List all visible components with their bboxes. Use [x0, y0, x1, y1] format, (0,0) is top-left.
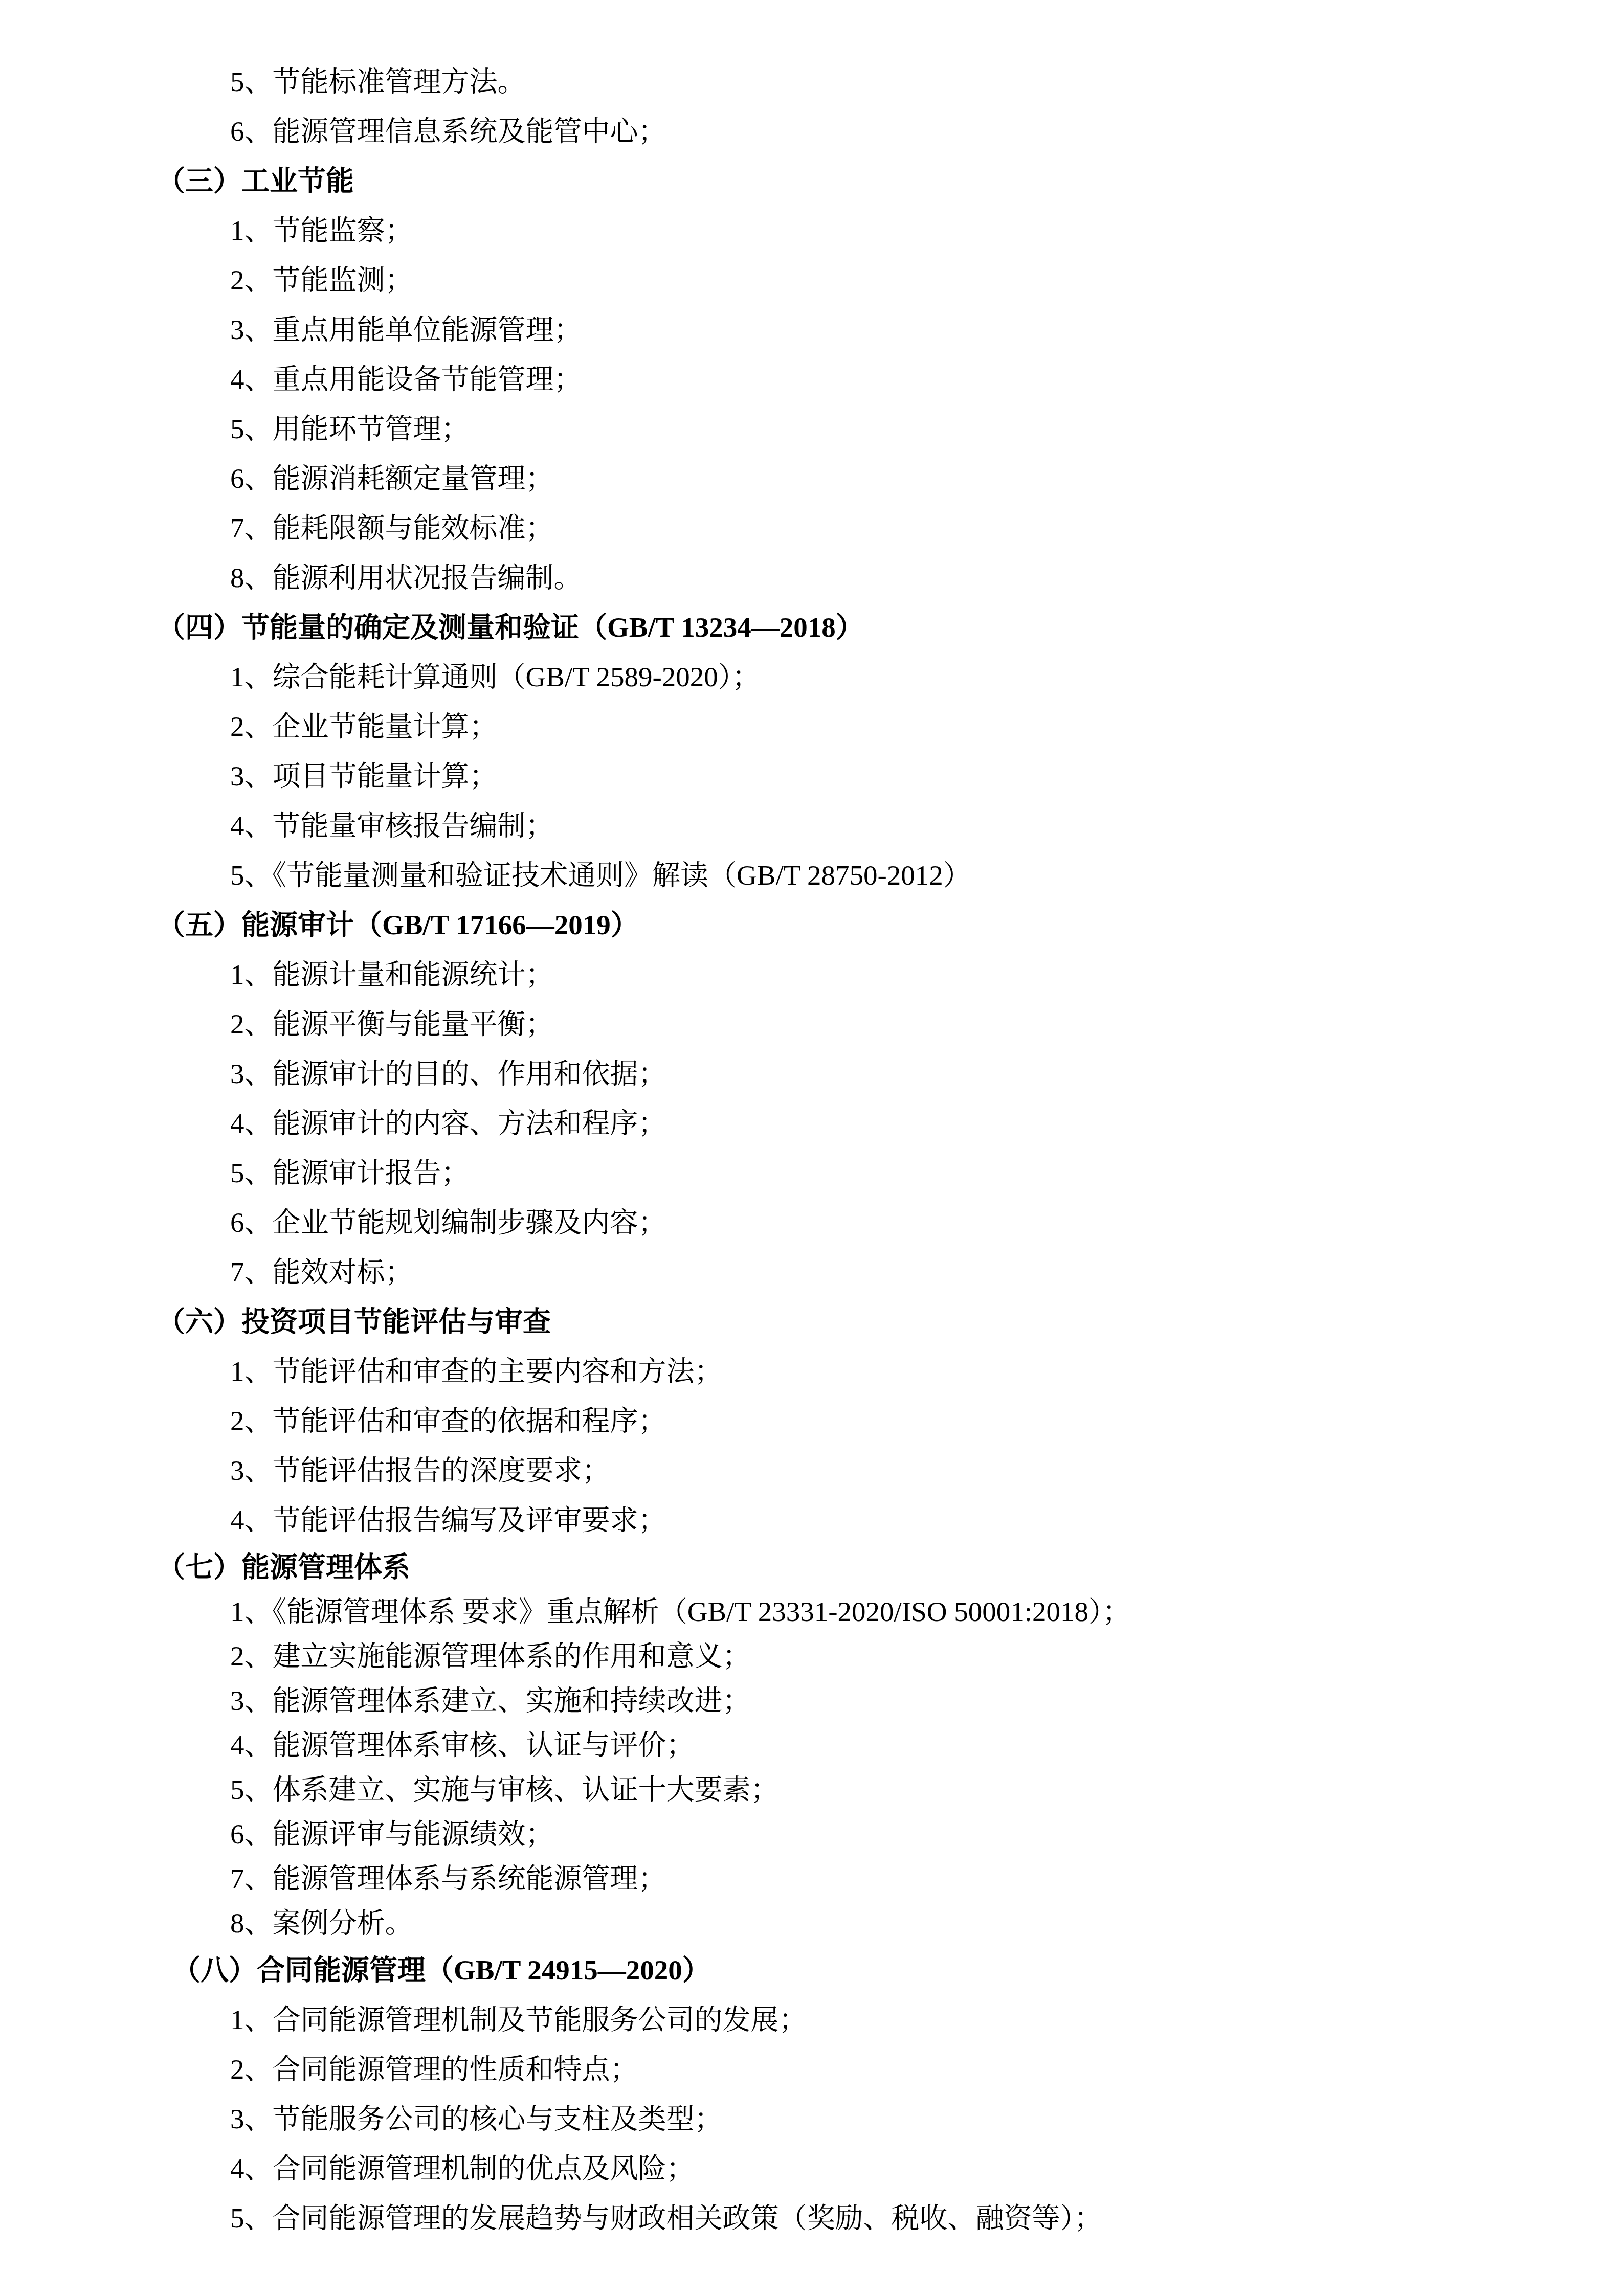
list-item: 3、项目节能量计算； — [230, 751, 1563, 801]
list-item: 2、节能评估和审查的依据和程序； — [230, 1396, 1563, 1446]
list-item: 4、能源管理体系审核、认证与评价； — [230, 1723, 1563, 1767]
list-item: 1、合同能源管理机制及节能服务公司的发展； — [230, 1995, 1563, 2044]
list-item: 3、能源管理体系建立、实施和持续改进； — [230, 1678, 1563, 1723]
list-item: 2、建立实施能源管理体系的作用和意义； — [230, 1634, 1563, 1678]
list-item: 5、体系建立、实施与审核、认证十大要素； — [230, 1767, 1563, 1812]
section: （三）工业节能1、节能监察；2、节能监测；3、重点用能单位能源管理；4、重点用能… — [157, 156, 1563, 602]
list-item: 8、能源利用状况报告编制。 — [230, 553, 1563, 602]
list-item: 4、合同能源管理机制的优点及风险； — [230, 2144, 1563, 2193]
list-item: 1、节能评估和审查的主要内容和方法； — [230, 1346, 1563, 1396]
list-item: 7、能效对标； — [230, 1247, 1563, 1297]
list-item: 6、能源评审与能源绩效； — [230, 1812, 1563, 1856]
list-item: 3、能源审计的目的、作用和依据； — [230, 1049, 1563, 1098]
section-heading: （七）能源管理体系 — [157, 1545, 1563, 1589]
list-item: 1、能源计量和能源统计； — [230, 950, 1563, 999]
list-item: 2、能源平衡与能量平衡； — [230, 999, 1563, 1049]
list-item: 2、节能监测； — [230, 255, 1563, 305]
section-heading: （四）节能量的确定及测量和验证（GB/T 13234—2018） — [157, 602, 1563, 652]
section: （八）合同能源管理（GB/T 24915—2020）1、合同能源管理机制及节能服… — [157, 1945, 1563, 2243]
list-item: 4、重点用能设备节能管理； — [230, 354, 1563, 404]
list-item: 1、《能源管理体系 要求》重点解析（GB/T 23331-2020/ISO 50… — [230, 1589, 1563, 1634]
document-body: 5、节能标准管理方法。6、能源管理信息系统及能管中心；（三）工业节能1、节能监察… — [157, 57, 1563, 2243]
section: （四）节能量的确定及测量和验证（GB/T 13234—2018）1、综合能耗计算… — [157, 602, 1563, 900]
list-item: 7、能耗限额与能效标准； — [230, 503, 1563, 553]
section: （七）能源管理体系1、《能源管理体系 要求》重点解析（GB/T 23331-20… — [157, 1545, 1563, 1945]
list-item: 5、合同能源管理的发展趋势与财政相关政策（奖励、税收、融资等）； — [230, 2193, 1563, 2243]
list-item: 5、用能环节管理； — [230, 404, 1563, 454]
list-item: 1、综合能耗计算通则（GB/T 2589-2020）； — [230, 652, 1563, 702]
list-item: 3、重点用能单位能源管理； — [230, 305, 1563, 354]
intro-list-item: 5、节能标准管理方法。 — [230, 57, 1563, 106]
section-heading: （八）合同能源管理（GB/T 24915—2020） — [172, 1945, 1563, 1995]
list-item: 2、合同能源管理的性质和特点； — [230, 2044, 1563, 2094]
list-item: 5、能源审计报告； — [230, 1148, 1563, 1198]
list-item: 7、能源管理体系与系统能源管理； — [230, 1856, 1563, 1901]
list-item: 5、《节能量测量和验证技术通则》解读（GB/T 28750-2012） — [230, 850, 1563, 900]
list-item: 6、能源消耗额定量管理； — [230, 454, 1563, 503]
list-item: 8、案例分析。 — [230, 1901, 1563, 1945]
list-item: 4、节能量审核报告编制； — [230, 801, 1563, 850]
list-item: 4、能源审计的内容、方法和程序； — [230, 1098, 1563, 1148]
list-item: 4、节能评估报告编写及评审要求； — [230, 1495, 1563, 1545]
section-heading: （六）投资项目节能评估与审查 — [157, 1297, 1563, 1346]
list-item: 1、节能监察； — [230, 206, 1563, 255]
list-item: 6、企业节能规划编制步骤及内容； — [230, 1198, 1563, 1247]
list-item: 3、节能评估报告的深度要求； — [230, 1446, 1563, 1495]
section-heading: （三）工业节能 — [157, 156, 1563, 206]
intro-list-item: 6、能源管理信息系统及能管中心； — [230, 106, 1563, 156]
section-heading: （五）能源审计（GB/T 17166—2019） — [157, 900, 1563, 950]
document-page: 5、节能标准管理方法。6、能源管理信息系统及能管中心；（三）工业节能1、节能监察… — [0, 0, 1624, 2296]
section: （六）投资项目节能评估与审查1、节能评估和审查的主要内容和方法；2、节能评估和审… — [157, 1297, 1563, 1545]
list-item: 2、企业节能量计算； — [230, 702, 1563, 751]
list-item: 3、节能服务公司的核心与支柱及类型； — [230, 2094, 1563, 2144]
section: （五）能源审计（GB/T 17166—2019）1、能源计量和能源统计；2、能源… — [157, 900, 1563, 1297]
